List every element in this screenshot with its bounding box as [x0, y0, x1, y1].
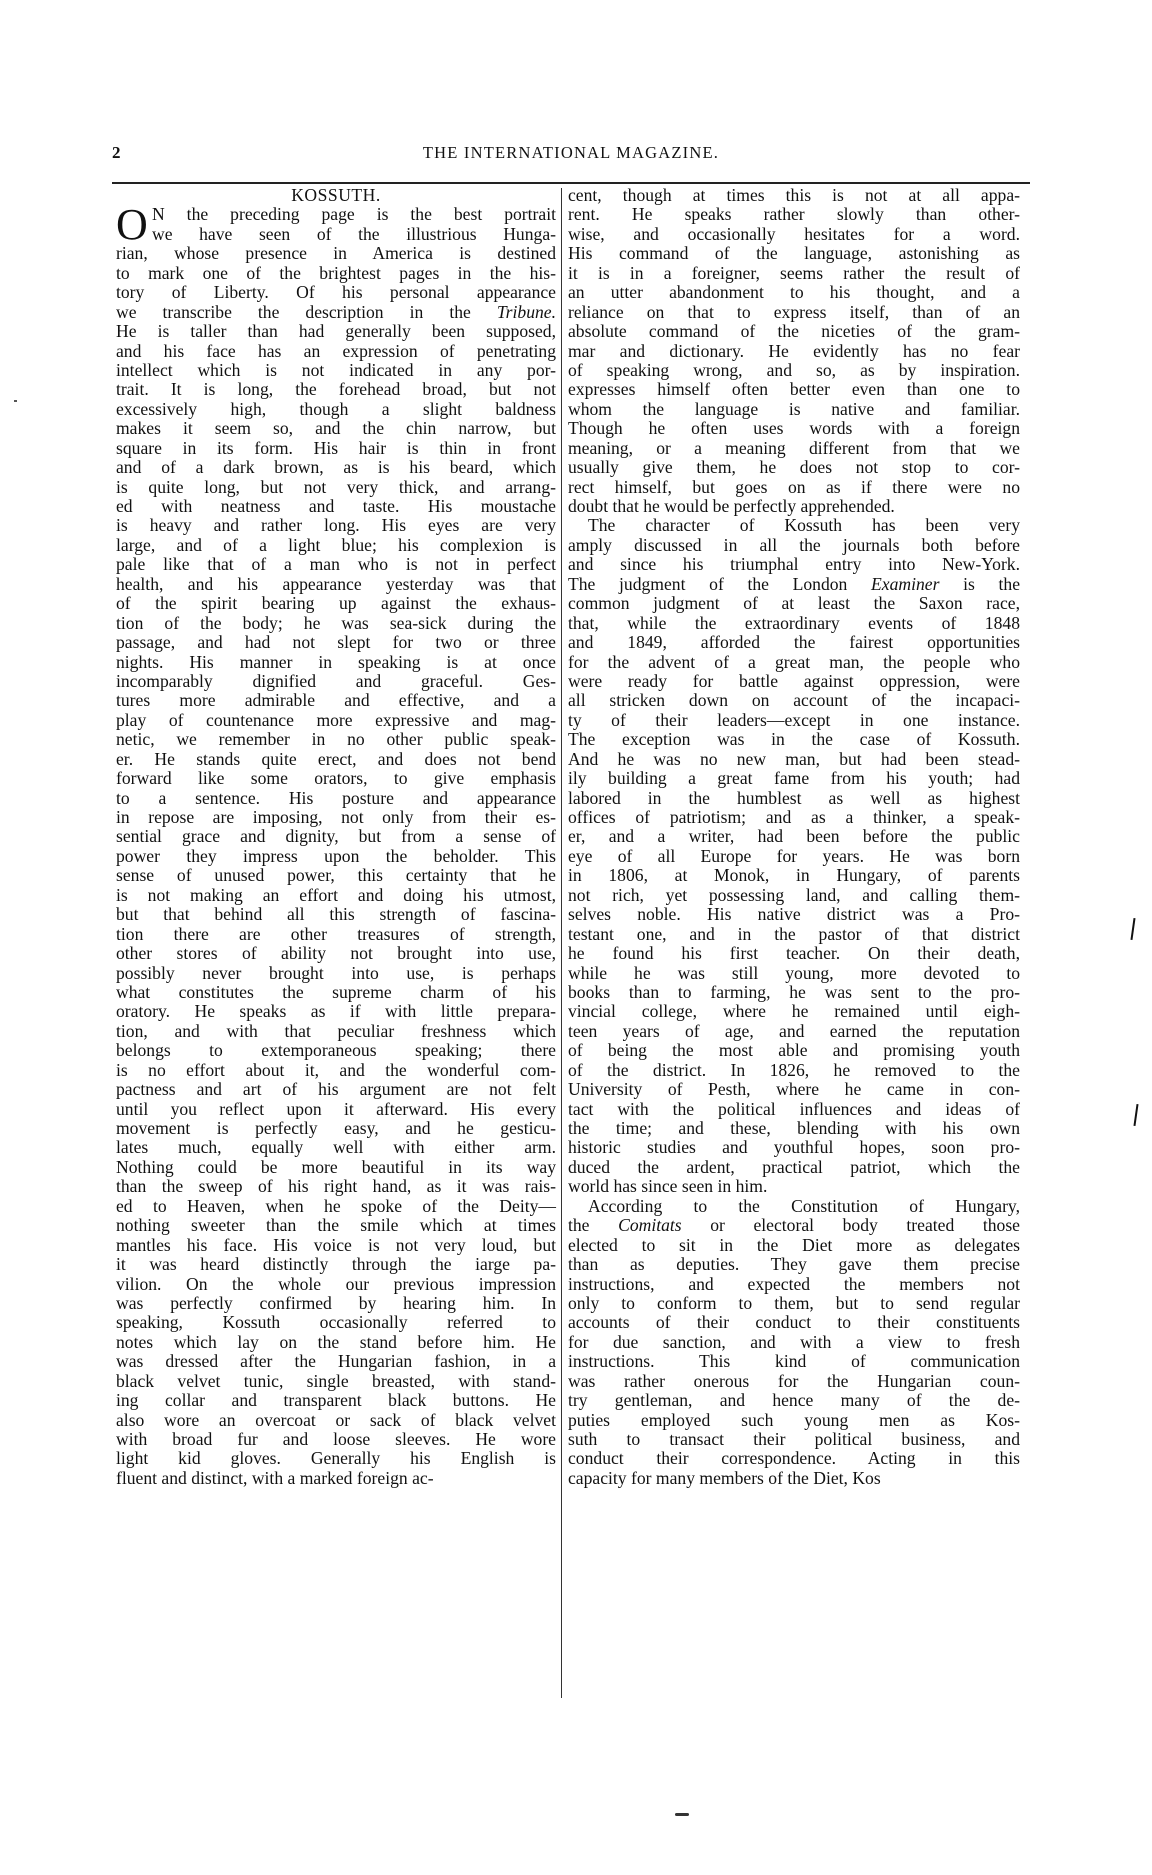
text-line: light kid gloves. Generally his English …	[116, 1449, 556, 1468]
text-line: trait. It is long, the forehead broad, b…	[116, 380, 556, 399]
text-line: doubt that he would be perfectly apprehe…	[568, 497, 1020, 516]
text-line: only to conform to them, but to send reg…	[568, 1294, 1020, 1313]
text-line: rent. He speaks rather slowly than other…	[568, 205, 1020, 224]
text-line: and his face has an expression of penetr…	[116, 342, 556, 361]
text-line: is heavy and rather long. His eyes are v…	[116, 516, 556, 535]
text-line: N the preceding page is the best portrai…	[116, 205, 556, 224]
header-rule	[112, 182, 1030, 184]
text-line: belongs to extemporaneous speaking; ther…	[116, 1041, 556, 1060]
text-line: he found his first teacher. On their dea…	[568, 944, 1020, 963]
text-line: what constitutes the supreme charm of hi…	[116, 983, 556, 1002]
text-line: expresses himself often better even than…	[568, 380, 1020, 399]
text-line: lates much, equally well with either arm…	[116, 1138, 556, 1157]
text-line: netic, we remember in no other public sp…	[116, 730, 556, 749]
text-line: sential grace and dignity, but from a se…	[116, 827, 556, 846]
text-line: was rather onerous for the Hungarian cou…	[568, 1372, 1020, 1391]
text-line: His command of the language, astonishing…	[568, 244, 1020, 263]
running-header: 2 THE INTERNATIONAL MAGAZINE.	[112, 143, 1030, 167]
text-line: black velvet tunic, single breasted, wit…	[116, 1372, 556, 1391]
article-title: KOSSUTH.	[116, 186, 556, 205]
text-line: The judgment of the London Examiner is t…	[568, 575, 1020, 594]
text-line: an utter abandonment to his thought, and…	[568, 283, 1020, 302]
text-line: try gentleman, and hence many of the de-	[568, 1391, 1020, 1410]
text-line: eye of all Europe for years. He was born	[568, 847, 1020, 866]
text-line: that, while the extraordinary events of …	[568, 614, 1020, 633]
text-line: forward like some orators, to give empha…	[116, 769, 556, 788]
text-line: is quite long, but not very thick, and a…	[116, 478, 556, 497]
text-line: the time; and these, blending with his o…	[568, 1119, 1020, 1138]
text-line: nights. His manner in speaking is at onc…	[116, 653, 556, 672]
text-line: health, and his appearance yesterday was…	[116, 575, 556, 594]
text-line: accounts of their conduct to their const…	[568, 1313, 1020, 1332]
margin-mark	[1133, 1104, 1138, 1126]
text-line: offices of patriotism; and as a thinker,…	[568, 808, 1020, 827]
text-line: reliance on that to express itself, than…	[568, 303, 1020, 322]
right-column-text: cent, though at times this is not at all…	[568, 186, 1020, 1488]
text-line: of the spirit bearing up against the exh…	[116, 594, 556, 613]
text-line: tact with the political influences and i…	[568, 1100, 1020, 1119]
text-line: wise, and occasionally hesitates for a w…	[568, 225, 1020, 244]
text-line: passage, and had not slept for two or th…	[116, 633, 556, 652]
text-line: of speaking wrong, and so, as by inspira…	[568, 361, 1020, 380]
text-line: was perfectly confirmed by hearing him. …	[116, 1294, 556, 1313]
text-line: also wore an overcoat or sack of black v…	[116, 1411, 556, 1430]
text-line: square in its form. His hair is thin in …	[116, 439, 556, 458]
text-line: tures more admirable and effective, and …	[116, 691, 556, 710]
text-line: elected to sit in the Diet more as deleg…	[568, 1236, 1020, 1255]
text-line: movement is perfectly easy, and he gesti…	[116, 1119, 556, 1138]
text-line: ed with neatness and taste. His moustach…	[116, 497, 556, 516]
text-line: and since his triumphal entry into New-Y…	[568, 555, 1020, 574]
text-line: duced the ardent, practical patriot, whi…	[568, 1158, 1020, 1177]
text-line: other stores of ability not brought into…	[116, 944, 556, 963]
text-line: to a sentence. His posture and appearanc…	[116, 789, 556, 808]
text-line: excessively high, though a slight baldne…	[116, 400, 556, 419]
text-line: labored in the humblest as well as highe…	[568, 789, 1020, 808]
text-line: nothing sweeter than the smile which at …	[116, 1216, 556, 1235]
text-line: oratory. He speaks as if with little pre…	[116, 1002, 556, 1021]
article-column-right: cent, though at times this is not at all…	[568, 186, 1020, 1488]
text-line: to mark one of the brightest pages in th…	[116, 264, 556, 283]
text-line: play of countenance more expressive and …	[116, 711, 556, 730]
text-line: Though he often uses words with a foreig…	[568, 419, 1020, 438]
ink-smudge	[675, 1813, 689, 1816]
text-line: all stricken down on account of the inca…	[568, 691, 1020, 710]
text-line: pactness and art of his argument are not…	[116, 1080, 556, 1099]
text-line: ing collar and transparent black buttons…	[116, 1391, 556, 1410]
text-line: is no effort about it, and the wonderful…	[116, 1061, 556, 1080]
text-line: rect himself, but goes on as if there we…	[568, 478, 1020, 497]
text-line: large, and of a light blue; his complexi…	[116, 536, 556, 555]
margin-tick	[14, 400, 17, 402]
left-column-text: N the preceding page is the best portrai…	[116, 205, 556, 1488]
text-line: fluent and distinct, with a marked forei…	[116, 1469, 556, 1488]
text-line: were ready for battle against oppression…	[568, 672, 1020, 691]
text-line: instructions. This kind of communication	[568, 1352, 1020, 1371]
text-line: According to the Constitution of Hungary…	[568, 1197, 1020, 1216]
text-line: notes which lay on the stand before him.…	[116, 1333, 556, 1352]
text-line: of being the most able and promising you…	[568, 1041, 1020, 1060]
text-line: power they impress upon the beholder. Th…	[116, 847, 556, 866]
column-divider	[561, 188, 562, 1698]
text-line: common judgment of at least the Saxon ra…	[568, 594, 1020, 613]
text-line: capacity for many members of the Diet, K…	[568, 1469, 1020, 1488]
text-line: usually give them, he does not stop to c…	[568, 458, 1020, 477]
text-line: not rich, yet possessing land, and calli…	[568, 886, 1020, 905]
text-line: tion, and with that peculiar freshness w…	[116, 1022, 556, 1041]
text-line: incomparably dignified and graceful. Ges…	[116, 672, 556, 691]
text-line: in 1806, at Monok, in Hungary, of parent…	[568, 866, 1020, 885]
text-line: mantles his face. His voice is not very …	[116, 1236, 556, 1255]
text-line: makes it seem so, and the chin narrow, b…	[116, 419, 556, 438]
text-line: than as deputies. They gave them precise	[568, 1255, 1020, 1274]
text-line: absolute command of the niceties of the …	[568, 322, 1020, 341]
text-line: intellect which is not indicated in any …	[116, 361, 556, 380]
text-line: whom the language is native and familiar…	[568, 400, 1020, 419]
text-line: it was heard distinctly through the iarg…	[116, 1255, 556, 1274]
text-line: amply discussed in all the journals both…	[568, 536, 1020, 555]
text-line: conduct their correspondence. Acting in …	[568, 1449, 1020, 1468]
text-line: Nothing could be more beautiful in its w…	[116, 1158, 556, 1177]
text-line: of the district. In 1826, he removed to …	[568, 1061, 1020, 1080]
text-line: University of Pesth, where he came in co…	[568, 1080, 1020, 1099]
text-line: for the advent of a great man, the peopl…	[568, 653, 1020, 672]
text-line: rian, whose presence in America is desti…	[116, 244, 556, 263]
text-line: in repose are imposing, not only from th…	[116, 808, 556, 827]
text-line: The exception was in the case of Kossuth…	[568, 730, 1020, 749]
text-line: And he was no new man, but had been stea…	[568, 750, 1020, 769]
article-column-left: O KOSSUTH. N the preceding page is the b…	[116, 186, 556, 1488]
text-line: the Comitats or electoral body treated t…	[568, 1216, 1020, 1235]
text-line: we transcribe the description in the Tri…	[116, 303, 556, 322]
text-line: suth to transact their political busines…	[568, 1430, 1020, 1449]
text-line: it is in a foreigner, seems rather the r…	[568, 264, 1020, 283]
text-line: teen years of age, and earned the reputa…	[568, 1022, 1020, 1041]
text-line: testant one, and in the pastor of that d…	[568, 925, 1020, 944]
drop-cap: O	[116, 205, 148, 245]
text-line: mar and dictionary. He evidently has no …	[568, 342, 1020, 361]
margin-mark	[1130, 918, 1135, 940]
text-line: for due sanction, and with a view to fre…	[568, 1333, 1020, 1352]
text-line: puties employed such young men as Kos-	[568, 1411, 1020, 1430]
text-line: world has since seen in him.	[568, 1177, 1020, 1196]
text-line: cent, though at times this is not at all…	[568, 186, 1020, 205]
text-line: instructions, and expected the members n…	[568, 1275, 1020, 1294]
text-line: speaking, Kossuth occasionally referred …	[116, 1313, 556, 1332]
text-line: tory of Liberty. Of his personal appeara…	[116, 283, 556, 302]
text-line: ty of their leaders—except in one instan…	[568, 711, 1020, 730]
text-line: ed to Heaven, when he spoke of the Deity…	[116, 1197, 556, 1216]
text-line: er, and a writer, had been before the pu…	[568, 827, 1020, 846]
text-line: tion of the body; he was sea-sick during…	[116, 614, 556, 633]
text-line: is not making an effort and doing his ut…	[116, 886, 556, 905]
magazine-title: THE INTERNATIONAL MAGAZINE.	[112, 143, 1030, 163]
text-line: until you reflect upon it afterward. His…	[116, 1100, 556, 1119]
text-line: we have seen of the illustrious Hunga-	[116, 225, 556, 244]
text-line: meaning, or a meaning different from tha…	[568, 439, 1020, 458]
text-line: possibly never brought into use, is perh…	[116, 964, 556, 983]
text-line: He is taller than had generally been sup…	[116, 322, 556, 341]
text-line: historic studies and youthful hopes, soo…	[568, 1138, 1020, 1157]
text-line: ily building a great fame from his youth…	[568, 769, 1020, 788]
text-line: er. He stands quite erect, and does not …	[116, 750, 556, 769]
text-line: vincial college, where he remained until…	[568, 1002, 1020, 1021]
text-line: books than to farming, he was sent to th…	[568, 983, 1020, 1002]
text-line: tion there are other treasures of streng…	[116, 925, 556, 944]
text-line: but that behind all this strength of fas…	[116, 905, 556, 924]
text-line: was dressed after the Hungarian fashion,…	[116, 1352, 556, 1371]
text-line: and 1849, afforded the fairest opportuni…	[568, 633, 1020, 652]
text-line: vilion. On the whole our previous impres…	[116, 1275, 556, 1294]
text-line: with broad fur and loose sleeves. He wor…	[116, 1430, 556, 1449]
text-line: selves noble. His native district was a …	[568, 905, 1020, 924]
text-line: while he was still young, more devoted t…	[568, 964, 1020, 983]
text-line: than the sweep of his right hand, as it …	[116, 1177, 556, 1196]
text-line: and of a dark brown, as is his beard, wh…	[116, 458, 556, 477]
text-line: The character of Kossuth has been very	[568, 516, 1020, 535]
text-line: sense of unused power, this certainty th…	[116, 866, 556, 885]
text-line: pale like that of a man who is not in pe…	[116, 555, 556, 574]
